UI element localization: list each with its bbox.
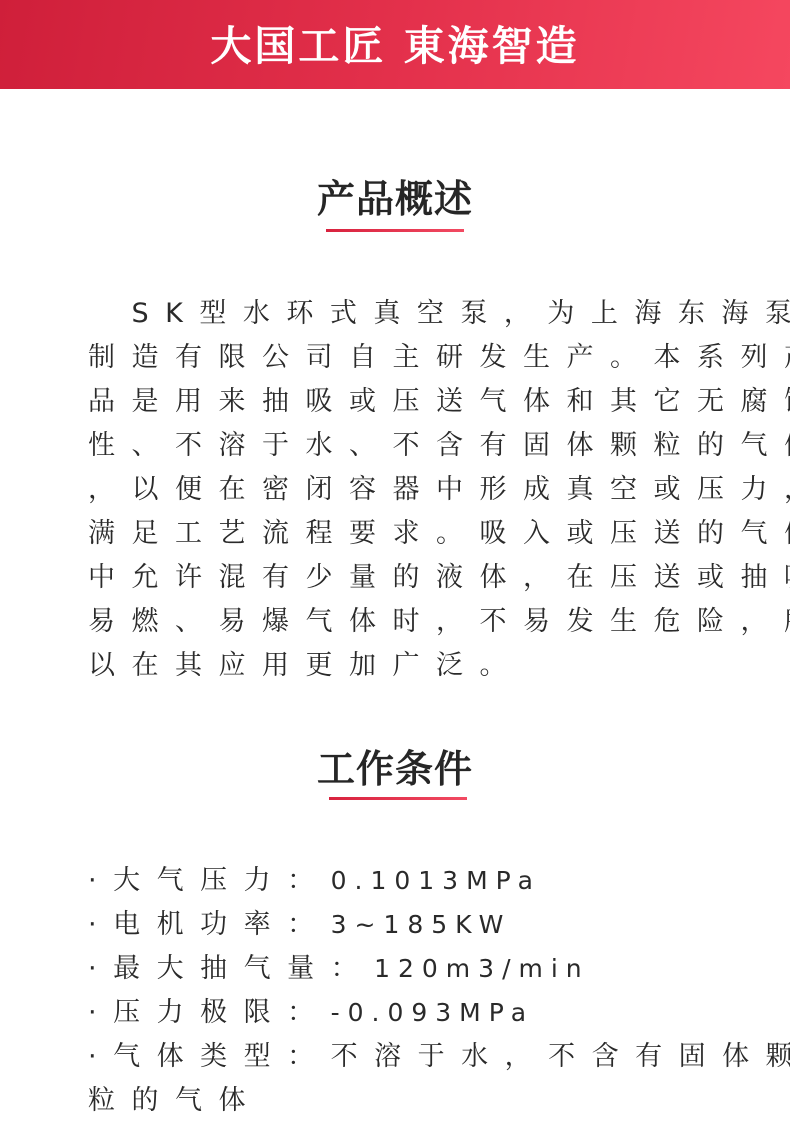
spec-item-max-pumping-rate: ·最大抽气量：120m3/min (88, 947, 728, 991)
spec-label: ·大气压力： (88, 865, 331, 896)
spec-value: 120m3/min (374, 954, 590, 983)
overview-line: 制造有限公司自主研发生产。本系列产 (88, 336, 718, 380)
spec-item-motor-power: ·电机功率：3~185KW (88, 903, 728, 947)
overview-line: 以在其应用更加广泛。 (88, 644, 718, 688)
overview-line: SK型水环式真空泵，为上海东海泵阀 (88, 292, 718, 336)
header-banner: 大国工匠 東海智造 (0, 0, 790, 89)
overview-line: 中允许混有少量的液体，在压送或抽吸 (88, 556, 718, 600)
spec-label: ·气体类型： (88, 1041, 331, 1072)
spec-value: 不溶于水，不含有固体颗 (331, 1041, 790, 1072)
spec-item-pressure-limit: ·压力极限：-0.093MPa (88, 991, 728, 1035)
overview-line: ，以便在密闭容器中形成真空或压力， (88, 468, 718, 512)
overview-line: 品是用来抽吸或压送气体和其它无腐蚀 (88, 380, 718, 424)
banner-slogan: 大国工匠 東海智造 (210, 13, 579, 72)
spec-label: ·电机功率： (88, 909, 331, 940)
spec-value: 3~185KW (331, 910, 512, 939)
conditions-list: ·大气压力：0.1013MPa ·电机功率：3~185KW ·最大抽气量：120… (88, 859, 728, 1123)
overview-paragraph: SK型水环式真空泵，为上海东海泵阀 制造有限公司自主研发生产。本系列产 品是用来… (88, 292, 718, 688)
overview-heading: 产品概述 (0, 168, 790, 223)
overview-line: 易燃、易爆气体时，不易发生危险，所 (88, 600, 718, 644)
overview-underline (326, 229, 464, 232)
overview-line: 性、不溶于水、不含有固体颗粒的气体 (88, 424, 718, 468)
conditions-underline (329, 797, 467, 800)
overview-line: 满足工艺流程要求。吸入或压送的气体 (88, 512, 718, 556)
spec-label: ·最大抽气量： (88, 953, 374, 984)
spec-item-gas-type: ·气体类型：不溶于水，不含有固体颗 (88, 1035, 728, 1079)
spec-item-gas-type-continuation: 粒的气体 (88, 1079, 728, 1123)
spec-value: -0.093MPa (331, 998, 534, 1027)
spec-label: ·压力极限： (88, 997, 331, 1028)
spec-item-atmospheric-pressure: ·大气压力：0.1013MPa (88, 859, 728, 903)
spec-value: 0.1013MPa (331, 866, 541, 895)
conditions-heading: 工作条件 (0, 738, 790, 793)
